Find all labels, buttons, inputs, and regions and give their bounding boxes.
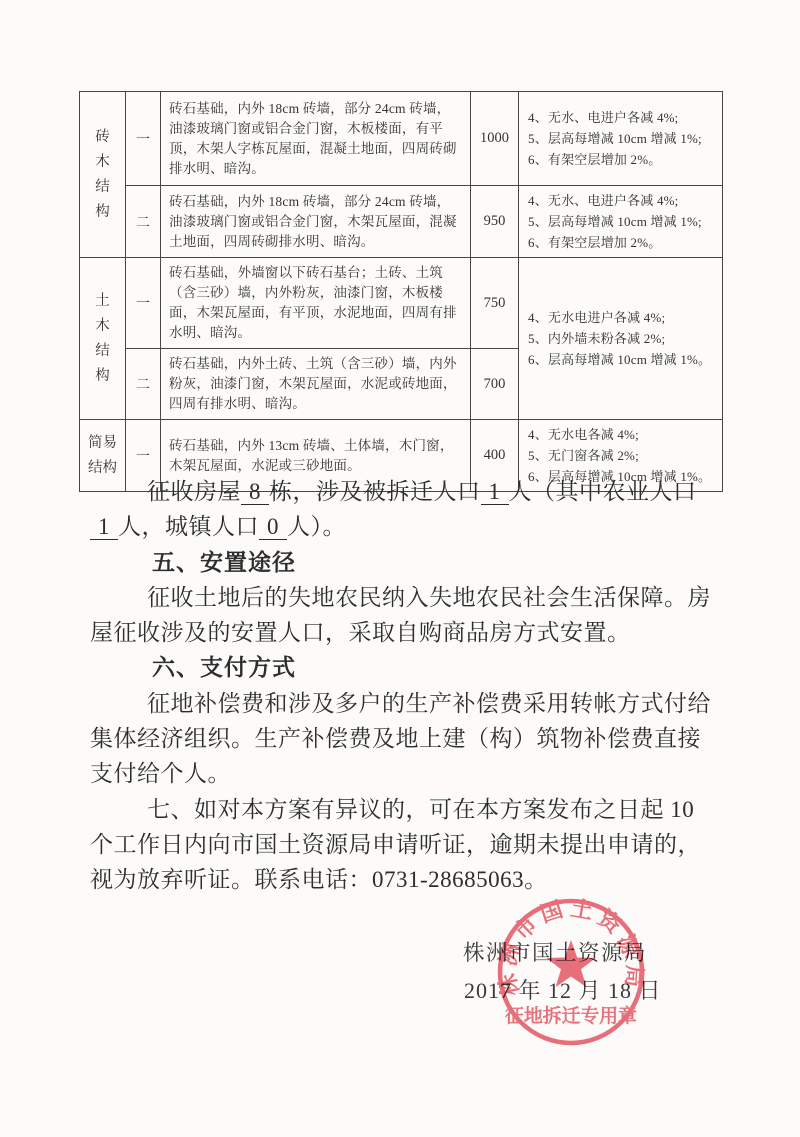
- housing-text: 人，城镇人口: [118, 514, 259, 539]
- price-cell: 700: [471, 349, 519, 420]
- housing-text: 征收房屋: [147, 479, 241, 504]
- structure-type-cell: 砖 木 结 构: [80, 92, 126, 258]
- housing-text: 栋，涉及被拆迁人口: [269, 479, 481, 504]
- adjustment-notes-cell: 4、无水、电进户各减 4%; 5、层高每增减 10cm 增减 1%; 6、有架空…: [519, 186, 723, 258]
- signature-organization: 株洲市国土资源局: [463, 936, 647, 967]
- num-urban-people: 0: [259, 514, 287, 540]
- section-heading-5: 五、安置途径: [90, 545, 716, 580]
- structure-type-cell: 土 木 结 构: [80, 258, 126, 420]
- paragraph-hearing: 七、如对本方案有异议的，可在本方案发布之日起 10 个工作日内向市国土资源局申请…: [90, 792, 716, 898]
- description-cell: 砖石基础，外墙窗以下砖石基台；土砖、土筑（含三砂）墙，内外粉灰，油漆门窗，木板楼…: [161, 258, 471, 349]
- paragraph-payment: 征地补偿费和涉及多户的生产补偿费采用转帐方式付给集体经济组织。生产补偿费及地上建…: [90, 686, 716, 792]
- adjustment-notes-cell: 4、无水、电进户各减 4%; 5、层高每增减 10cm 增减 1%; 6、有架空…: [519, 92, 723, 186]
- housing-text: 人）。: [287, 514, 346, 539]
- description-cell: 砖石基础，内外 18cm 砖墙，部分 24cm 砖墙，油漆玻璃门窗或铝合金门窗，…: [161, 186, 471, 258]
- num-relocated-people: 1: [481, 479, 509, 505]
- grade-cell: 二: [126, 186, 161, 258]
- official-seal: 株洲市国土资源局 征地拆迁专用章: [495, 896, 647, 1048]
- price-cell: 750: [471, 258, 519, 349]
- price-cell: 1000: [471, 92, 519, 186]
- num-agricultural-people: 1: [90, 514, 118, 540]
- description-cell: 砖石基础，内外 18cm 砖墙，部分 24cm 砖墙，油漆玻璃门窗或铝合金门窗，…: [161, 92, 471, 186]
- grade-cell: 一: [126, 258, 161, 349]
- seal-bottom-text: 征地拆迁专用章: [505, 1004, 637, 1027]
- document-page: 砖 木 结 构 一 砖石基础，内外 18cm 砖墙，部分 24cm 砖墙，油漆玻…: [0, 0, 800, 1137]
- table-row: 土 木 结 构 一 砖石基础，外墙窗以下砖石基台；土砖、土筑（含三砂）墙，内外粉…: [80, 258, 723, 349]
- signature-date: 2017 年 12 月 18 日: [464, 974, 662, 1005]
- grade-cell: 二: [126, 349, 161, 420]
- compensation-table: 砖 木 结 构 一 砖石基础，内外 18cm 砖墙，部分 24cm 砖墙，油漆玻…: [79, 91, 723, 492]
- paragraph-housing-stats: 征收房屋8栋，涉及被拆迁人口1人（其中农业人口1人，城镇人口0人）。: [90, 474, 716, 545]
- paragraph-resettlement: 征收土地后的失地农民纳入失地农民社会生活保障。房屋征收涉及的安置人口，采取自购商…: [90, 580, 716, 651]
- section-heading-6: 六、支付方式: [90, 650, 716, 685]
- num-buildings: 8: [241, 479, 269, 505]
- table-row: 二 砖石基础，内外 18cm 砖墙，部分 24cm 砖墙，油漆玻璃门窗或铝合金门…: [80, 186, 723, 258]
- description-cell: 砖石基础，内外土砖、土筑（含三砂）墙，内外粉灰，油漆门窗，木架瓦屋面，水泥或砖地…: [161, 349, 471, 420]
- body-text: 征收房屋8栋，涉及被拆迁人口1人（其中农业人口1人，城镇人口0人）。 五、安置途…: [90, 474, 716, 898]
- price-cell: 950: [471, 186, 519, 258]
- adjustment-notes-cell: 4、无水电进户各减 4%; 5、内外墙未粉各减 2%; 6、层高每增减 10cm…: [519, 258, 723, 420]
- table-row: 砖 木 结 构 一 砖石基础，内外 18cm 砖墙，部分 24cm 砖墙，油漆玻…: [80, 92, 723, 186]
- grade-cell: 一: [126, 92, 161, 186]
- housing-text: 人（其中农业人口: [509, 479, 697, 504]
